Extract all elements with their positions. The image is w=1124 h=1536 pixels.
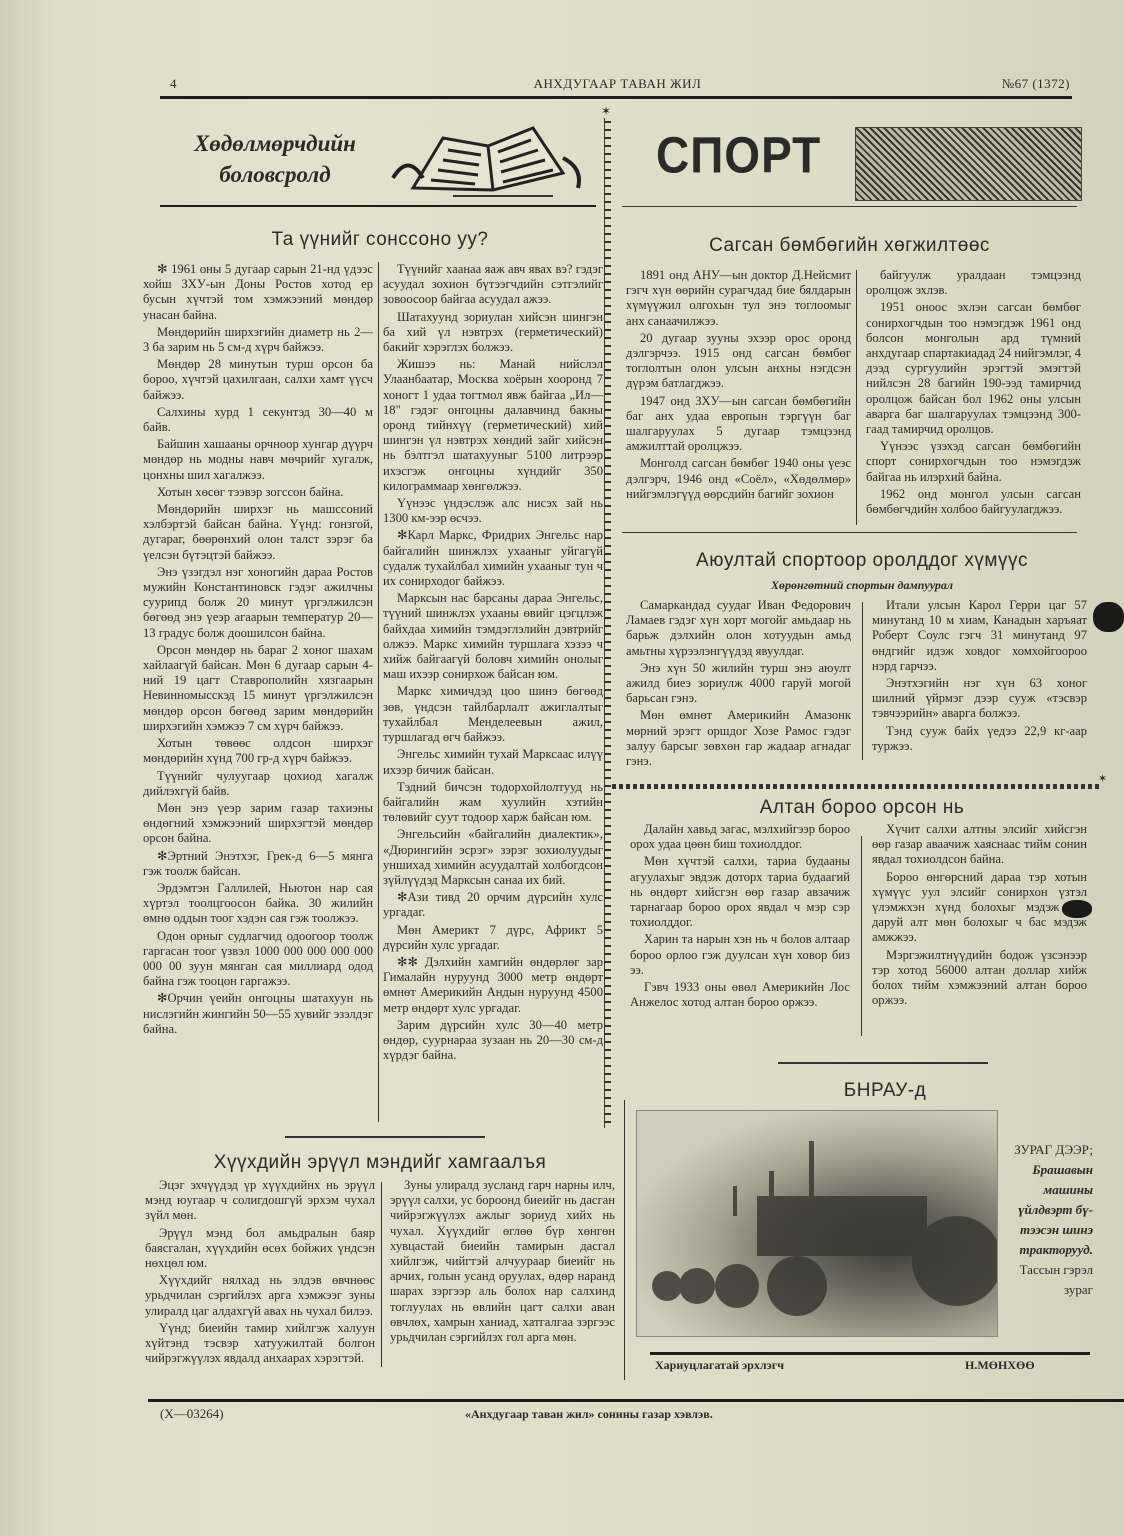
article-golden-rain-col2: Хүчит салхи алтны элсийг хийсгэн өөр газ… (872, 822, 1087, 1010)
tractors-photo (636, 1110, 998, 1337)
masthead: 4 АНХДУГААР ТАВАН ЖИЛ №67 (1372) (165, 76, 1070, 96)
education-section-title: Хөдөлмөрчдийн боловсролд (175, 128, 375, 190)
article-subtitle: Хөрөнгөтний спортын дампуурал (622, 578, 1102, 593)
article-title-golden-rain: Алтан бороо орсон нь (622, 797, 1102, 819)
printer-line: «Анхдугаар таван жил» сонины газар хэвлэ… (465, 1407, 713, 1422)
article-golden-rain-col1: Далайн хавьд загас, мэлхийгээр бороо оро… (630, 822, 850, 1012)
article-basketball-col2: байгуулж уралдаан тэмцээнд оролцож эхлэв… (866, 268, 1081, 519)
newspaper-page: 4 АНХДУГААР ТАВАН ЖИЛ №67 (1372) Хөдөлмө… (0, 0, 1124, 1536)
article-separator (778, 1062, 988, 1064)
photo-caption: ЗУРАГ ДЭЭР; Брашавын машины үйлдвэрт бү-… (998, 1140, 1093, 1300)
article-dangerous-sports-col1: Самаркандад суудаг Иван Федорович Ламаев… (626, 598, 851, 771)
column-rule (378, 262, 379, 1122)
editor-rule (650, 1352, 1090, 1355)
article-did-you-hear-col1: ✻ 1961 оны 5 дугаар сарын 21-нд үдээс хо… (143, 262, 373, 1039)
newspaper-title: АНХДУГААР ТАВАН ЖИЛ (165, 76, 1070, 92)
column-rule (624, 1100, 625, 1380)
article-child-health-col1: Эцэг эхчүүдэд үр хүүхдийнх нь эрүүл мэнд… (145, 1178, 375, 1368)
article-title-dangerous-sports: Аюултай спортоор оролддог хүмүүс (622, 550, 1102, 572)
section-rule (622, 532, 1077, 533)
sport-rule (622, 206, 1077, 207)
star-ornament: ✶ (1098, 772, 1107, 785)
footer-rule (148, 1399, 1124, 1402)
article-separator (285, 1136, 485, 1138)
masthead-rule (160, 96, 1072, 99)
article-title-basketball: Сагсан бөмбөгийн хөгжилтөөс (622, 235, 1077, 257)
paper-damage (1093, 602, 1124, 632)
sport-section-title: СПОРТ (656, 125, 821, 184)
star-ornament: ✶ (601, 104, 611, 119)
article-did-you-hear-col2: Түүнийг хаанаа яаж авч явах вэ? гэдэг ас… (383, 262, 603, 1065)
editor-name: Н.МӨНХӨӨ (965, 1358, 1035, 1373)
open-book-icon (383, 118, 593, 200)
column-divider (604, 118, 611, 1128)
print-code: (Х—03264) (160, 1406, 224, 1422)
article-title-gdr: БНРАУ-д (780, 1080, 990, 1102)
article-title-did-you-hear: Та үүнийг сонссоно уу? (150, 229, 610, 251)
sports-illustration-icon (855, 127, 1082, 201)
column-rule (861, 836, 862, 1036)
editor-label: Хариуцлагатай эрхлэгч (655, 1358, 784, 1373)
column-rule (862, 602, 863, 760)
column-rule (381, 1182, 382, 1367)
wavy-section-divider (612, 784, 1102, 789)
article-dangerous-sports-col2: Итали улсын Карол Герри цаг 57 минутанд … (872, 598, 1087, 756)
article-child-health-col2: Зуны улиралд зусланд гарч нарны илч, эрү… (390, 1178, 615, 1347)
article-basketball-col1: 1891 онд АНУ—ын доктор Д.Нейсмит гэгч хү… (626, 268, 851, 504)
article-title-child-health: Хүүхдийн эрүүл мэндийг хамгаалъя (140, 1152, 620, 1174)
section-rule (160, 205, 596, 207)
paper-damage (1062, 900, 1092, 918)
issue-number: №67 (1372) (1002, 76, 1070, 92)
column-rule (856, 270, 857, 525)
